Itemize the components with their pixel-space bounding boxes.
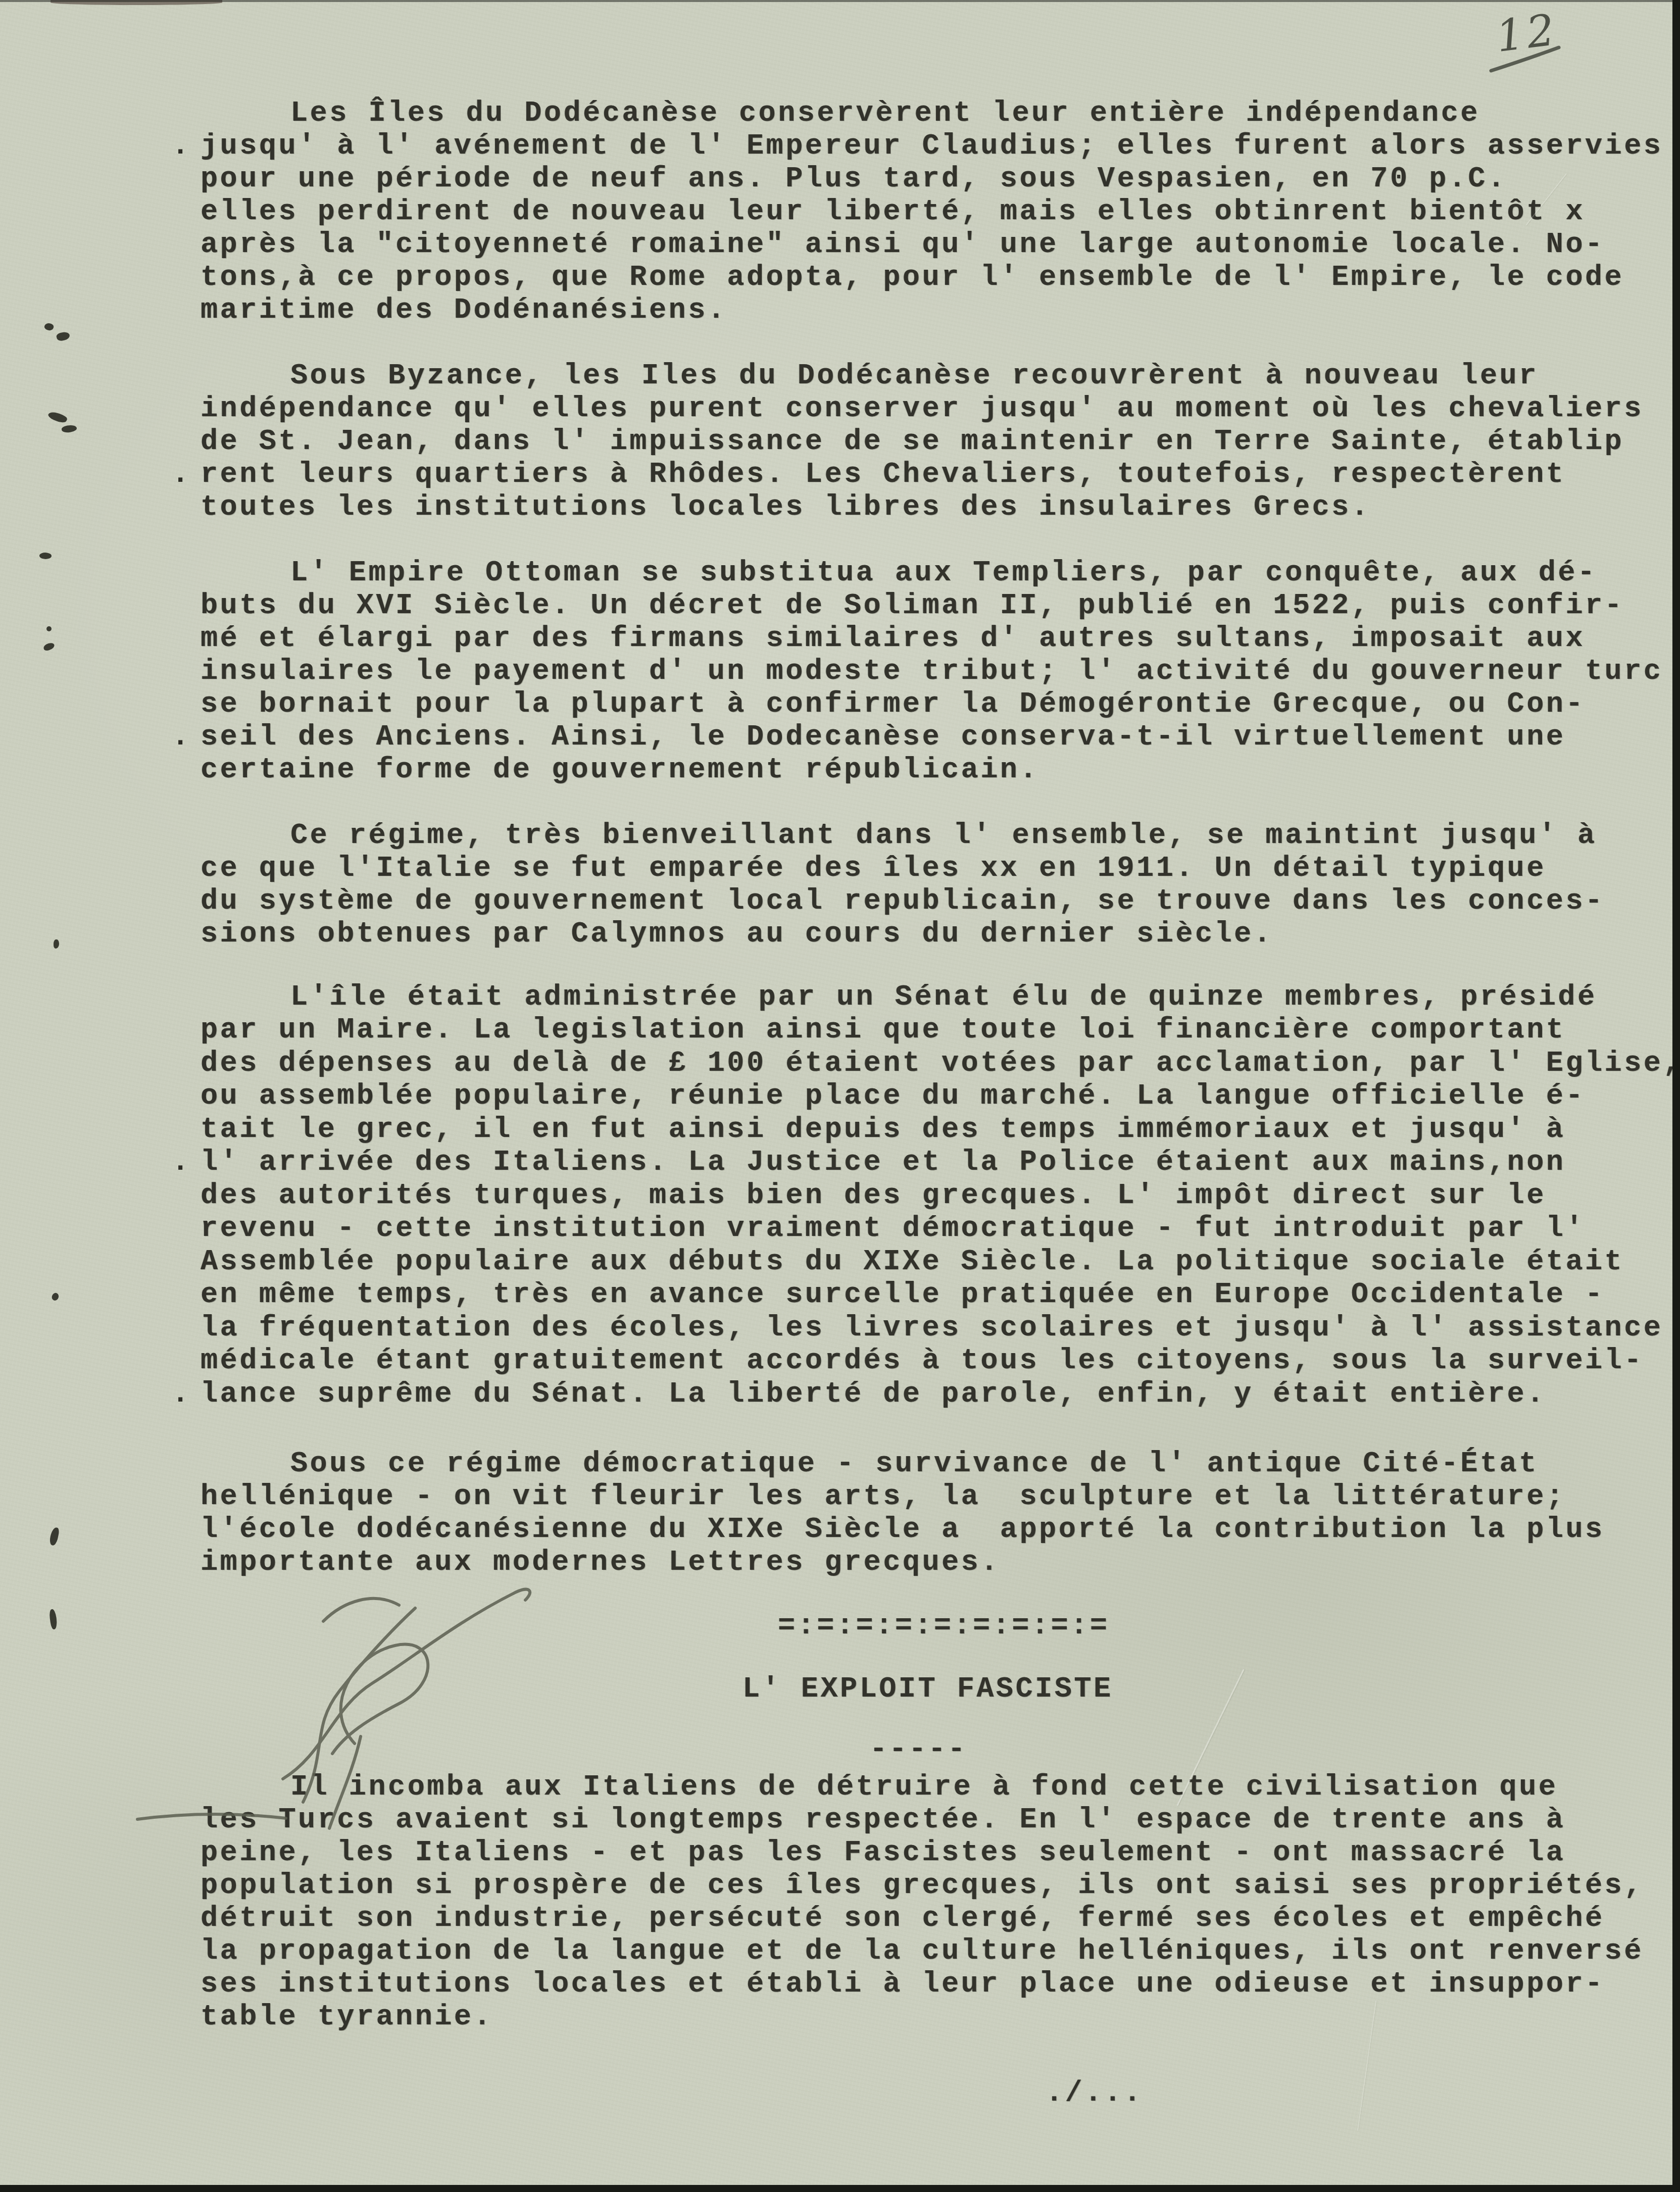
typed-line: ce que l'Italie se fut emparée des îles … — [201, 853, 1546, 885]
ink-blot — [48, 1527, 60, 1546]
typed-line: importante aux modernes Lettres grecques… — [201, 1547, 1000, 1579]
typed-line: des dépenses au delà de £ 100 étaient vo… — [201, 1048, 1680, 1080]
typed-line: elles perdirent de nouveau leur liberté,… — [201, 196, 1585, 229]
typed-line: rent leurs quartiers à Rhôdes. Les Cheva… — [201, 459, 1565, 491]
typed-line: seil des Anciens. Ainsi, le Dodecanèse c… — [201, 721, 1565, 754]
typed-line: du système de gouvernement local republi… — [201, 885, 1605, 918]
handwritten-page-number: 12 — [1493, 5, 1560, 62]
typed-line: sions obtenues par Calymnos au cours du … — [201, 918, 1273, 951]
scan-edge-right — [1672, 0, 1680, 2192]
ink-blot — [43, 642, 56, 652]
typed-line: peine, les Italiens - et pas les Fascist… — [201, 1837, 1565, 1870]
typed-line: Il incomba aux Italiens de détruire à fo… — [290, 1771, 1558, 1804]
continuation-mark: ./... — [1046, 2077, 1143, 2110]
typed-line: en même temps, très en avance surcelle p… — [201, 1279, 1605, 1312]
ink-blot — [39, 552, 52, 560]
typed-line: après la "citoyenneté romaine" ainsi qu'… — [201, 229, 1605, 262]
ink-blot — [43, 322, 54, 332]
ink-blot — [47, 410, 68, 425]
section-heading: L' EXPLOIT FASCISTE — [743, 1673, 1113, 1706]
document-page: 12 Les Îles du Dodécanèse conservèrent l… — [0, 0, 1680, 2192]
paper-crease — [1357, 2001, 1376, 2131]
typed-line: indépendance qu' elles purent conserver … — [201, 393, 1644, 426]
stray-period-mark: . — [172, 1378, 189, 1411]
ink-blot — [51, 1292, 60, 1302]
typed-line: buts du XVI Siècle. Un décret de Soliman… — [201, 590, 1624, 623]
typed-line: revenu - cette institution vraiment démo… — [201, 1213, 1585, 1246]
typed-line: mé et élargi par des firmans similaires … — [201, 623, 1585, 656]
ink-blot — [56, 331, 70, 342]
scan-edge-bottom — [0, 2185, 1680, 2192]
ink-blot — [54, 939, 59, 949]
typed-line: table tyrannie. — [201, 2001, 493, 2034]
typed-line: médicale étant gratuitement accordés à t… — [201, 1345, 1644, 1378]
ink-blot — [46, 626, 52, 631]
scanned-document: { "colors": { "paper": "#cbcfbf", "ink":… — [0, 0, 1680, 2192]
typed-line: Les Îles du Dodécanèse conservèrent leur… — [290, 97, 1480, 130]
typed-line: certaine forme de gouvernement républica… — [201, 754, 1039, 787]
typed-line: Sous Byzance, les Iles du Dodécanèse rec… — [290, 360, 1539, 393]
typed-dash-rule: ----- — [870, 1734, 967, 1767]
typed-line: hellénique - on vit fleurir les arts, la… — [201, 1481, 1565, 1514]
typed-line: l'école dodécanésienne du XIXe Siècle a … — [201, 1514, 1605, 1547]
ink-blot — [48, 1609, 58, 1629]
scan-edge-top — [0, 0, 1680, 2]
stray-period-mark: . — [172, 459, 189, 491]
typed-line: ou assemblée populaire, réunie place du … — [201, 1080, 1585, 1113]
typed-line: L'île était administrée par un Sénat élu… — [290, 981, 1597, 1014]
typed-line: L' Empire Ottoman se substitua aux Templ… — [290, 557, 1597, 590]
typed-line: jusqu' à l' avénement de l' Empereur Cla… — [201, 130, 1663, 163]
typed-line: Sous ce régime démocratique - survivance… — [290, 1448, 1539, 1481]
typed-line: maritime des Dodénanésiens. — [201, 294, 727, 327]
typed-line: pour une période de neuf ans. Plus tard,… — [201, 163, 1507, 196]
typed-divider: =:=:=:=:=:=:=:=:= — [778, 1610, 1109, 1643]
typed-line: Ce régime, très bienveillant dans l' ens… — [290, 820, 1597, 853]
stray-period-mark: . — [172, 130, 189, 163]
typed-line: ses institutions locales et établi à leu… — [201, 1968, 1605, 2001]
typed-line: tons,à ce propos, que Rome adopta, pour … — [201, 262, 1624, 294]
typed-line: l' arrivée des Italiens. La Justice et l… — [201, 1147, 1565, 1179]
typed-line: toutes les institutions locales libres d… — [201, 491, 1370, 524]
typed-line: Assemblée populaire aux débuts du XIXe S… — [201, 1246, 1624, 1279]
stray-period-mark: . — [172, 721, 189, 754]
typed-line: les Turcs avaient si longtemps respectée… — [201, 1804, 1565, 1837]
typed-line: par un Maire. La legislation ainsi que t… — [201, 1014, 1565, 1047]
typed-line: des autorités turques, mais bien des gre… — [201, 1180, 1546, 1213]
typed-line: détruit son industrie, persécuté son cle… — [201, 1903, 1605, 1935]
typed-line: la fréquentation des écoles, les livres … — [201, 1312, 1663, 1345]
typed-line: se bornait pour la plupart à confirmer l… — [201, 688, 1585, 721]
typed-line: population si prospère de ces îles grecq… — [201, 1870, 1644, 1903]
ink-blot — [61, 424, 77, 434]
typed-line: la propagation de la langue et de la cul… — [201, 1935, 1644, 1968]
typed-line: lance suprême du Sénat. La liberté de pa… — [201, 1378, 1546, 1411]
typed-line: tait le grec, il en fut ainsi depuis des… — [201, 1114, 1565, 1147]
typed-line: de St. Jean, dans l' impuissance de se m… — [201, 426, 1624, 459]
typed-line: insulaires le payement d' un modeste tri… — [201, 656, 1663, 688]
stray-period-mark: . — [172, 1147, 189, 1179]
